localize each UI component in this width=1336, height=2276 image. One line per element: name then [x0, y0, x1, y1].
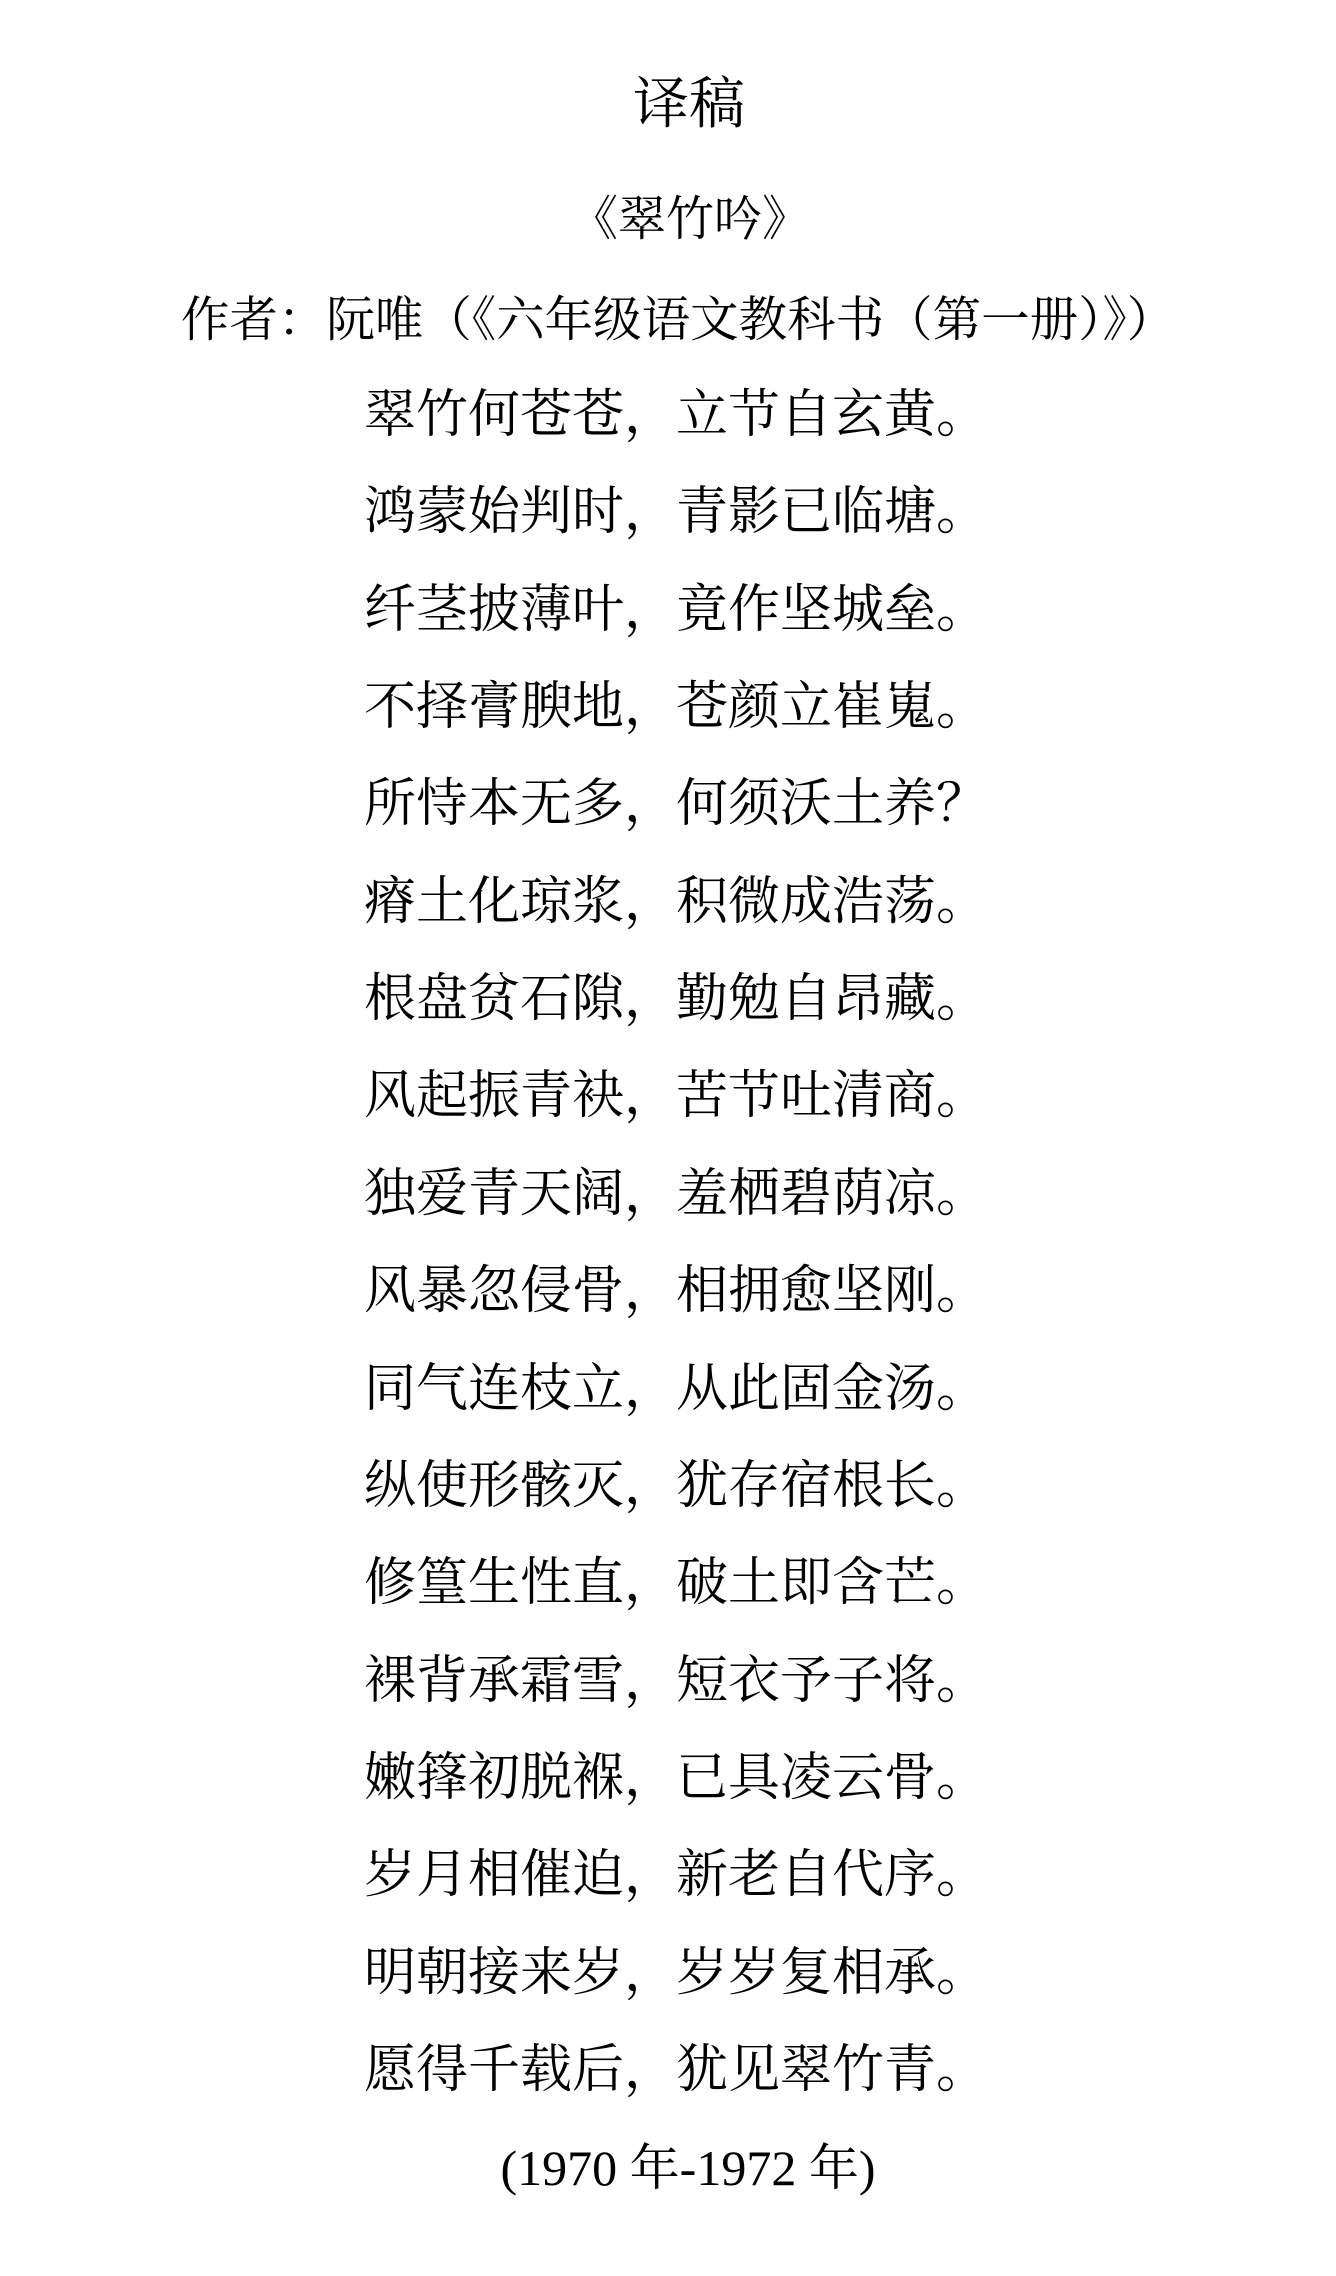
- verse-line: 翠竹何苍苍，立节自玄黄。: [8, 390, 1336, 442]
- verse-line: 修篁生性直，破土即含芒。: [8, 1558, 1336, 1610]
- verse-line: 纵使形骸灭，犹存宿根长。: [8, 1461, 1336, 1513]
- document-title: 译稿: [21, 77, 1336, 133]
- document-page: 译稿 《翠竹吟》 作者：阮唯（《六年级语文教科书（第一册）》） 翠竹何苍苍，立节…: [0, 0, 1336, 2276]
- verse-line: 风暴忽侵骨，相拥愈坚刚。: [8, 1266, 1336, 1318]
- verse-line: 纤茎披薄叶，竟作坚城垒。: [8, 585, 1336, 637]
- verse-line: 所恃本无多，何须沃土养？: [8, 779, 1336, 831]
- verse-line: 鸿蒙始判时，青影已临塘。: [8, 487, 1336, 539]
- verse-line: 不择膏腴地，苍颜立崔嵬。: [8, 682, 1336, 734]
- verse-line: 同气连枝立，从此固金汤。: [8, 1364, 1336, 1416]
- date-line: (1970 年-1972 年): [20, 2143, 1336, 2193]
- verse-line: 嫩箨初脱褓，已具凌云骨。: [8, 1753, 1336, 1805]
- verse-line: 独爱青天阔，羞栖碧荫凉。: [8, 1169, 1336, 1221]
- verse-line: 愿得千载后，犹见翠竹青。: [8, 2045, 1336, 2097]
- verse-line: 明朝接来岁，岁岁复相承。: [8, 1948, 1336, 2000]
- verse-line: 岁月相催迫，新老自代序。: [8, 1850, 1336, 1902]
- verse-line: 裸背承霜雪，短衣予子将。: [8, 1656, 1336, 1708]
- verse-line: 瘠土化琼浆，积微成浩荡。: [8, 877, 1336, 929]
- verse-line: 风起振青袂，苦节吐清商。: [8, 1071, 1336, 1123]
- poem-title: 《翠竹吟》: [22, 196, 1336, 244]
- author-line: 作者：阮唯（《六年级语文教科书（第一册）》）: [10, 296, 1336, 345]
- verse-line: 根盘贫石隙，勤勉自昂藏。: [8, 974, 1336, 1026]
